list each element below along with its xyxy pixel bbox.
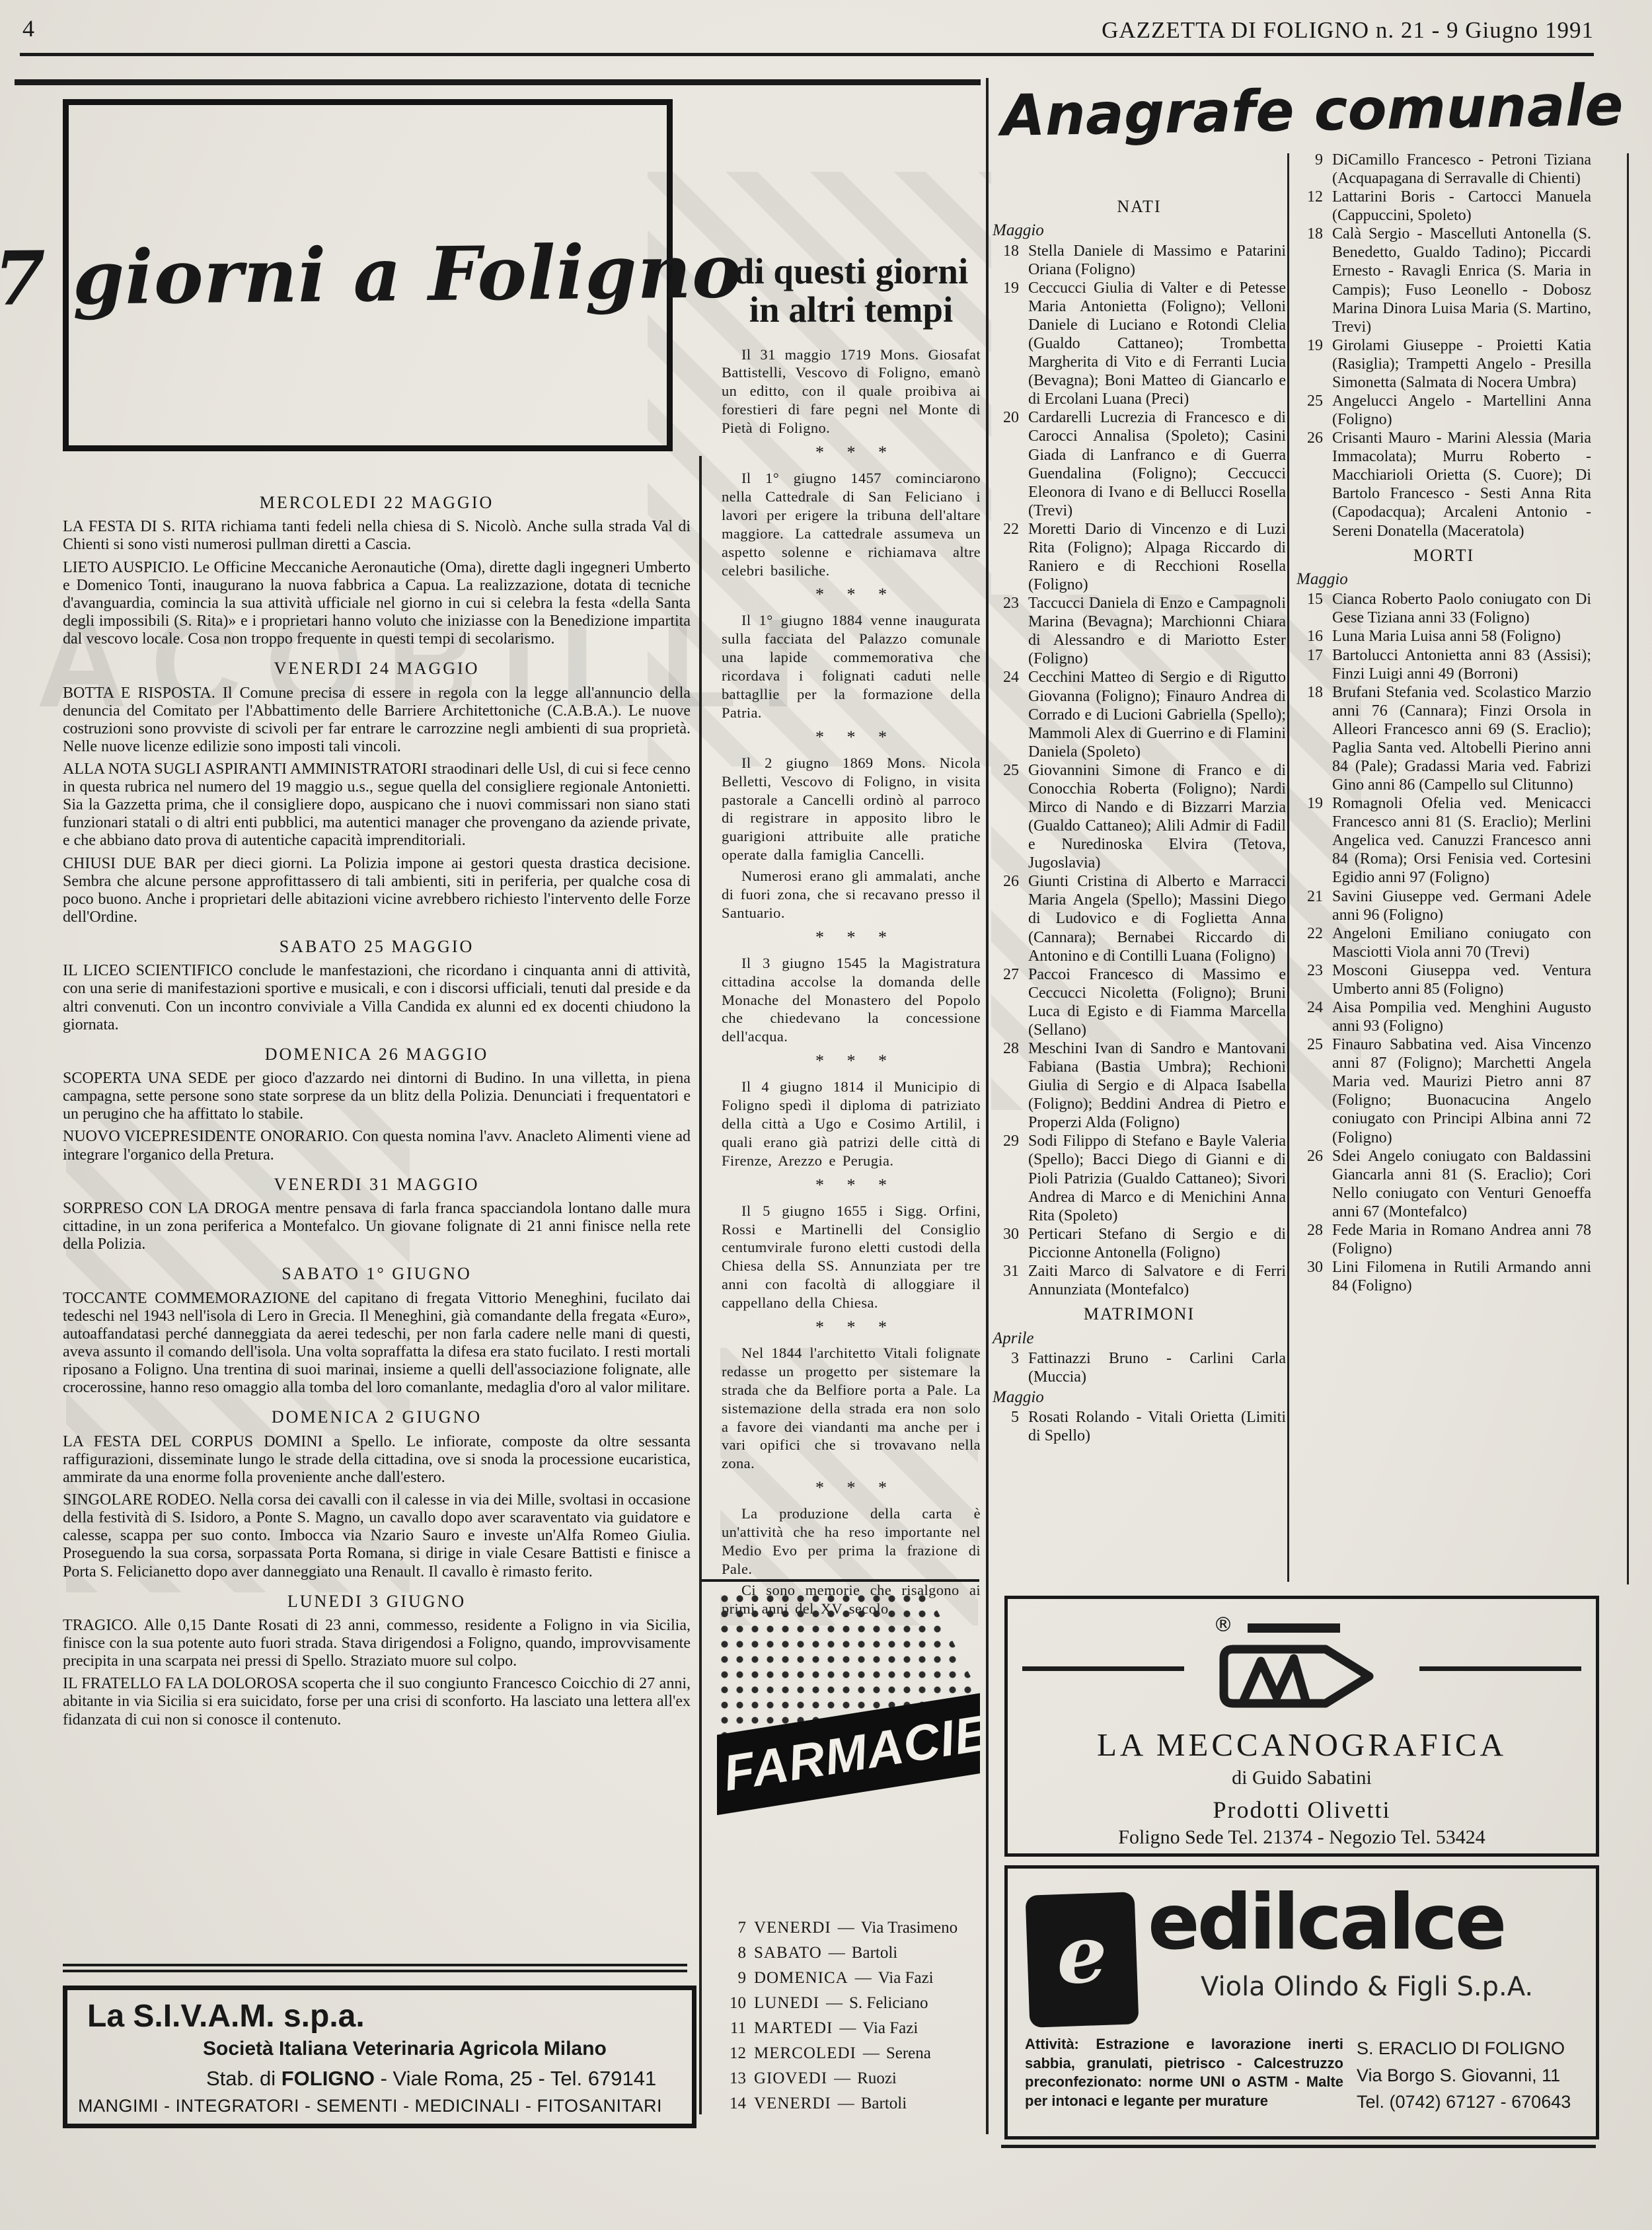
entry-text: Sodi Filippo di Stefano e Bayle Valeria … bbox=[1028, 1133, 1286, 1224]
edilcalce-address-line: S. ERACLIO DI FOLIGNO bbox=[1357, 2035, 1587, 2062]
entry-day: 20 bbox=[993, 408, 1019, 427]
anagrafe-title: Anagrafe comunale bbox=[1000, 73, 1596, 149]
morti-entry: 16Luna Maria Luisa anni 58 (Foligno) bbox=[1296, 627, 1591, 646]
entry-day: 18 bbox=[1296, 683, 1323, 702]
farmacie-logo: FARMACIE bbox=[717, 1591, 980, 1892]
altri-tempi-item: Nel 1844 l'architetto Vitali folignate r… bbox=[722, 1344, 981, 1473]
anagrafe-column-b: 9DiCamillo Francesco - Petroni Tiziana (… bbox=[1296, 151, 1591, 1295]
feature-title-box: 7 giorni a Foligno bbox=[63, 99, 673, 451]
entry-day: 26 bbox=[1296, 429, 1323, 447]
entry-day: 28 bbox=[1296, 1221, 1323, 1240]
nati-heading: NATI bbox=[993, 197, 1286, 217]
edilcalce-address-line: Via Borgo S. Giovanni, 11 bbox=[1357, 2062, 1587, 2089]
morti-entry: 28Fede Maria in Romano Andrea anni 78 (F… bbox=[1296, 1221, 1591, 1258]
asterisk-separator: * * * bbox=[722, 1318, 981, 1337]
feature-column: MERCOLEDI 22 MAGGIO LA FESTA DI S. RITA … bbox=[63, 490, 691, 1956]
meccanografica-phones: Foligno Sede Tel. 21374 - Negozio Tel. 5… bbox=[1008, 1826, 1596, 1849]
row-dash: — bbox=[839, 2019, 856, 2037]
entry-text: Brufani Stefania ved. Scolastico Marzio … bbox=[1332, 684, 1591, 794]
row-weekday: GIOVEDI bbox=[754, 2069, 827, 2087]
entry-text: Lini Filomena in Rutili Armando anni 84 … bbox=[1332, 1259, 1591, 1294]
farmacie-row: 10LUNEDI—S. Feliciano bbox=[717, 1991, 980, 2016]
paragraph: IL FRATELLO FA LA DOLOROSA scoperta che … bbox=[63, 1675, 691, 1728]
asterisk-separator: * * * bbox=[722, 928, 981, 948]
row-place: Via Trasimeno bbox=[861, 1919, 957, 1937]
row-weekday: VENERDI bbox=[754, 2095, 831, 2112]
double-rule bbox=[63, 1964, 687, 1972]
row-place: Via Fazi bbox=[878, 1969, 934, 1987]
entry-text: Fede Maria in Romano Andrea anni 78 (Fol… bbox=[1332, 1222, 1591, 1257]
entry-text: Finauro Sabbatina ved. Aisa Vincenzo ann… bbox=[1332, 1036, 1591, 1146]
morti-entry: 23Mosconi Giuseppa ved. Ventura Umberto … bbox=[1296, 961, 1591, 998]
nati-entry: 25Giovannini Simone di Franco e di Conoc… bbox=[993, 761, 1286, 872]
morti-heading: MORTI bbox=[1296, 546, 1591, 566]
nati-entry: 22Moretti Dario di Vincenzo e di Luzi Ri… bbox=[993, 520, 1286, 594]
morti-entry: 18Brufani Stefania ved. Scolastico Marzi… bbox=[1296, 683, 1591, 794]
morti-entry: 25Finauro Sabbatina ved. Aisa Vincenzo a… bbox=[1296, 1035, 1591, 1146]
edilcalce-logo-letter: e bbox=[1055, 1907, 1109, 2002]
matrimoni-entry: 18Calà Sergio - Mascelluti Antonella (S.… bbox=[1296, 225, 1591, 336]
nati-entry: 23Taccucci Daniela di Enzo e Campagnoli … bbox=[993, 594, 1286, 668]
right-edge-rule bbox=[1627, 153, 1629, 1584]
entry-day: 22 bbox=[993, 520, 1019, 539]
entry-day: 19 bbox=[993, 279, 1019, 297]
altri-tempi-title: di questi giorni in altri tempi bbox=[722, 252, 981, 330]
altri-tempi-item: Il 2 giugno 1869 Mons. Nicola Belletti, … bbox=[722, 754, 981, 864]
row-day: 7 bbox=[717, 1915, 746, 1941]
entry-day: 18 bbox=[993, 242, 1019, 260]
entry-day: 12 bbox=[1296, 188, 1323, 206]
entry-text: Meschini Ivan di Sandro e Mantovani Fabi… bbox=[1028, 1040, 1286, 1131]
entry-text: Angeloni Emiliano coniugato con Masciott… bbox=[1332, 925, 1591, 961]
entry-text: Crisanti Mauro - Marini Alessia (Maria I… bbox=[1332, 429, 1591, 539]
entry-text: Moretti Dario di Vincenzo e di Luzi Rita… bbox=[1028, 521, 1286, 593]
paragraph: CHIUSI DUE BAR per dieci giorni. La Poli… bbox=[63, 855, 691, 926]
row-day: 10 bbox=[717, 1991, 746, 2016]
entry-text: Giovannini Simone di Franco e di Conocch… bbox=[1028, 762, 1286, 872]
entry-text: Luna Maria Luisa anni 58 (Foligno) bbox=[1332, 628, 1561, 645]
altri-tempi-column: di questi giorni in altri tempi Il 31 ma… bbox=[722, 252, 981, 1621]
entry-day: 28 bbox=[993, 1039, 1019, 1058]
sivam-address: Stab. di FOLIGNO - Viale Roma, 25 - Tel.… bbox=[206, 2067, 656, 2091]
nati-entry: 20Cardarelli Lucrezia di Francesco e di … bbox=[993, 408, 1286, 519]
sivam-subtitle: Società Italiana Veterinaria Agricola Mi… bbox=[203, 2038, 607, 2060]
row-place: Bartoli bbox=[861, 2095, 907, 2112]
paragraph: IL LICEO SCIENTIFICO conclude le manfest… bbox=[63, 962, 691, 1033]
section-heading: DOMENICA 2 GIUGNO bbox=[63, 1407, 691, 1427]
edilcalce-logo-icon: e bbox=[1026, 1892, 1139, 2028]
section-heading: SABATO 1° GIUGNO bbox=[63, 1264, 691, 1283]
altri-tempi-item: Il 4 giugno 1814 il Municipio di Foligno… bbox=[722, 1078, 981, 1170]
row-dash: — bbox=[838, 1919, 854, 1937]
entry-text: Aisa Pompilia ved. Menghini Augusto anni… bbox=[1332, 999, 1591, 1035]
sivam-ad: La S.I.V.A.M. s.p.a. Società Italiana Ve… bbox=[63, 1986, 696, 2128]
month-label: Aprile bbox=[993, 1329, 1286, 1348]
farmacie-row: 8SABATO—Bartoli bbox=[717, 1941, 980, 1966]
sivam-address-post: - Viale Roma, 25 - Tel. 679141 bbox=[375, 2067, 656, 2090]
entry-text: Fattinazzi Bruno - Carlini Carla (Muccia… bbox=[1028, 1350, 1286, 1386]
section-heading: MERCOLEDI 22 MAGGIO bbox=[63, 493, 691, 512]
row-weekday: MERCOLEDI bbox=[754, 2044, 856, 2062]
title-line2: in altri tempi bbox=[749, 289, 954, 330]
nati-entry: 27Paccoi Francesco di Massimo e Ceccucci… bbox=[993, 965, 1286, 1039]
sivam-address-pre: Stab. di bbox=[206, 2067, 282, 2090]
matrimoni-heading: MATRIMONI bbox=[993, 1304, 1286, 1324]
farmacie-row: 9DOMENICA—Via Fazi bbox=[717, 1966, 980, 1991]
paragraph: SINGOLARE RODEO. Nella corsa dei cavalli… bbox=[63, 1491, 691, 1581]
edilcalce-name: edilcalce bbox=[1148, 1878, 1504, 1967]
morti-entry: 15Cianca Roberto Paolo coniugato con Di … bbox=[1296, 590, 1591, 627]
asterisk-separator: * * * bbox=[722, 1051, 981, 1071]
paragraph: LIETO AUSPICIO. Le Officine Meccaniche A… bbox=[63, 559, 691, 649]
row-day: 8 bbox=[717, 1941, 746, 1966]
entry-text: Ceccucci Giulia di Valter e di Petesse M… bbox=[1028, 279, 1286, 408]
nati-entry: 30Perticari Stefano di Sergio e di Picci… bbox=[993, 1225, 1286, 1262]
matrimoni-entry: 3Fattinazzi Bruno - Carlini Carla (Mucci… bbox=[993, 1349, 1286, 1386]
morti-entry: 17Bartolucci Antonietta anni 83 (Assisi)… bbox=[1296, 646, 1591, 683]
entry-day: 25 bbox=[1296, 1035, 1323, 1054]
farmacie-row: 11MARTEDI—Via Fazi bbox=[717, 2016, 980, 2041]
section-divider bbox=[986, 78, 989, 2134]
entry-text: Stella Daniele di Massimo e Patarini Ori… bbox=[1028, 242, 1286, 278]
edilcalce-company: Viola Olindo & Figli S.p.A. bbox=[1201, 1972, 1533, 2002]
nati-entry: 24Cecchini Matteo di Sergio e di Rigutto… bbox=[993, 668, 1286, 761]
entry-day: 24 bbox=[1296, 998, 1323, 1017]
entry-text: Savini Giuseppe ved. Germani Adele anni … bbox=[1332, 888, 1591, 924]
altri-tempi-item: Il 3 giugno 1545 la Magistratura cittadi… bbox=[722, 954, 981, 1046]
asterisk-separator: * * * bbox=[722, 1175, 981, 1195]
nati-entry: 29Sodi Filippo di Stefano e Bayle Valeri… bbox=[993, 1132, 1286, 1224]
morti-entry: 19Romagnoli Ofelia ved. Menicacci France… bbox=[1296, 794, 1591, 887]
month-label: Maggio bbox=[1296, 570, 1591, 589]
page-number: 4 bbox=[22, 15, 34, 42]
entry-text: Bartolucci Antonietta anni 83 (Assisi); … bbox=[1332, 647, 1591, 683]
logo-flank-rule bbox=[1022, 1666, 1184, 1671]
morti-entry: 26Sdei Angelo coniugato con Baldassini G… bbox=[1296, 1147, 1591, 1221]
column-divider-left bbox=[699, 456, 702, 2114]
altri-tempi-item: Il 1° giugno 1884 venne inaugurata sulla… bbox=[722, 611, 981, 722]
row-weekday: LUNEDI bbox=[754, 1994, 819, 2012]
row-place: Bartoli bbox=[852, 1944, 897, 1962]
altri-tempi-item: Il 31 maggio 1719 Mons. Giosafat Battist… bbox=[722, 346, 981, 437]
anagrafe-column-a: NATI Maggio 18Stella Daniele di Massimo … bbox=[993, 197, 1286, 1445]
row-day: 12 bbox=[717, 2041, 746, 2066]
entry-text: DiCamillo Francesco - Petroni Tiziana (A… bbox=[1332, 151, 1591, 187]
matrimoni-entry: 12Lattarini Boris - Cartocci Manuela (Ca… bbox=[1296, 188, 1591, 225]
row-place: Serena bbox=[886, 2044, 931, 2062]
section-heading: SABATO 25 MAGGIO bbox=[63, 937, 691, 956]
row-weekday: SABATO bbox=[754, 1944, 822, 1962]
meccanografica-name: LA MECCANOGRAFICA bbox=[1008, 1726, 1596, 1764]
matrimoni-entry: 9DiCamillo Francesco - Petroni Tiziana (… bbox=[1296, 151, 1591, 188]
entry-day: 3 bbox=[993, 1349, 1019, 1368]
meccanografica-owner: di Guido Sabatini bbox=[1008, 1767, 1596, 1789]
entry-text: Cecchini Matteo di Sergio e di Rigutto G… bbox=[1028, 669, 1286, 760]
entry-day: 23 bbox=[993, 594, 1019, 613]
section-heading: LUNEDI 3 GIUGNO bbox=[63, 1592, 691, 1611]
meccanografica-ad: ® LA MECCANOGRAFICA di Guido Sabatini Pr… bbox=[1004, 1596, 1599, 1857]
edilcalce-address: S. ERACLIO DI FOLIGNO Via Borgo S. Giova… bbox=[1357, 2035, 1587, 2116]
paragraph: ALLA NOTA SUGLI ASPIRANTI AMMINISTRATORI… bbox=[63, 761, 691, 850]
farmacie-row: 7VENERDI—Via Trasimeno bbox=[717, 1915, 980, 1941]
morti-entry: 24Aisa Pompilia ved. Menghini Augusto an… bbox=[1296, 998, 1591, 1035]
row-weekday: MARTEDI bbox=[754, 2019, 833, 2037]
entry-text: Zaiti Marco di Salvatore e di Ferri Annu… bbox=[1028, 1263, 1286, 1298]
bottom-rule bbox=[1001, 2145, 1596, 2148]
asterisk-separator: * * * bbox=[722, 1478, 981, 1498]
section-heading: VENERDI 31 MAGGIO bbox=[63, 1175, 691, 1194]
nati-entry: 18Stella Daniele di Massimo e Patarini O… bbox=[993, 242, 1286, 279]
paragraph: NUOVO VICEPRESIDENTE ONORARIO. Con quest… bbox=[63, 1128, 691, 1164]
asterisk-separator: * * * bbox=[722, 443, 981, 463]
row-day: 11 bbox=[717, 2016, 746, 2041]
paragraph: BOTTA E RISPOSTA. Il Comune precisa di e… bbox=[63, 685, 691, 756]
row-dash: — bbox=[838, 2095, 854, 2112]
entry-day: 27 bbox=[993, 965, 1019, 984]
section-heading: DOMENICA 26 MAGGIO bbox=[63, 1045, 691, 1064]
row-day: 14 bbox=[717, 2091, 746, 2116]
farmacie-row: 14VENERDI—Bartoli bbox=[717, 2091, 980, 2116]
entry-text: Lattarini Boris - Cartocci Manuela (Capp… bbox=[1332, 188, 1591, 224]
row-day: 13 bbox=[717, 2066, 746, 2091]
edilcalce-ad: e edilcalce Viola Olindo & Figli S.p.A. … bbox=[1004, 1865, 1599, 2139]
asterisk-separator: * * * bbox=[722, 585, 981, 605]
altri-tempi-item: Il 5 giugno 1655 i Sigg. Orfini, Rossi e… bbox=[722, 1202, 981, 1312]
row-dash: — bbox=[834, 2069, 850, 2087]
entry-text: Calà Sergio - Mascelluti Antonella (S. B… bbox=[1332, 225, 1591, 335]
row-place: S. Feliciano bbox=[849, 1994, 928, 2012]
masthead: GAZZETTA DI FOLIGNO n. 21 - 9 Giugno 199… bbox=[1102, 17, 1594, 44]
entry-text: Rosati Rolando - Vitali Orietta (Limiti … bbox=[1028, 1409, 1286, 1444]
altri-tempi-item: Numerosi erano gli ammalati, anche di fu… bbox=[722, 867, 981, 922]
entry-text: Taccucci Daniela di Enzo e Campagnoli Ma… bbox=[1028, 595, 1286, 667]
matrimoni-entry: 19Girolami Giuseppe - Proietti Katia (Ra… bbox=[1296, 336, 1591, 392]
nati-entry: 19Ceccucci Giulia di Valter e di Petesse… bbox=[993, 279, 1286, 409]
row-dash: — bbox=[829, 1944, 845, 1962]
sivam-address-city: FOLIGNO bbox=[282, 2067, 375, 2090]
asterisk-separator: * * * bbox=[722, 727, 981, 747]
farmacie-row: 12MERCOLEDI—Serena bbox=[717, 2041, 980, 2066]
registered-mark-icon: ® bbox=[1213, 1614, 1233, 1637]
row-place: Via Fazi bbox=[862, 2019, 918, 2037]
entry-day: 9 bbox=[1296, 151, 1323, 169]
row-dash: — bbox=[863, 2044, 880, 2062]
nati-entry: 31Zaiti Marco di Salvatore e di Ferri An… bbox=[993, 1262, 1286, 1299]
row-place: Ruozi bbox=[857, 2069, 897, 2087]
morti-entry: 22Angeloni Emiliano coniugato con Mascio… bbox=[1296, 924, 1591, 961]
paragraph: TOCCANTE COMMEMORAZIONE del capitano di … bbox=[63, 1290, 691, 1397]
nati-entry: 26Giunti Cristina di Alberto e Marracci … bbox=[993, 872, 1286, 965]
paragraph: SORPRESO CON LA DROGA mentre pensava di … bbox=[63, 1200, 691, 1253]
entry-text: Cardarelli Lucrezia di Francesco e di Ca… bbox=[1028, 409, 1286, 519]
logo-flank-rule bbox=[1419, 1666, 1581, 1671]
entry-text: Perticari Stefano di Sergio e di Piccion… bbox=[1028, 1226, 1286, 1261]
entry-text: Cianca Roberto Paolo coniugato con Di Ge… bbox=[1332, 591, 1591, 626]
entry-day: 24 bbox=[993, 668, 1019, 687]
matrimoni-entry: 26Crisanti Mauro - Marini Alessia (Maria… bbox=[1296, 429, 1591, 540]
entry-day: 26 bbox=[993, 872, 1019, 891]
feature-title: 7 giorni a Foligno bbox=[0, 228, 742, 322]
morti-entry: 21Savini Giuseppe ved. Germani Adele ann… bbox=[1296, 887, 1591, 924]
farmacie-list: 7VENERDI—Via Trasimeno 8SABATO—Bartoli 9… bbox=[717, 1915, 980, 2116]
paragraph: LA FESTA DEL CORPUS DOMINI a Spello. Le … bbox=[63, 1433, 691, 1487]
meccanografica-logo: ® bbox=[1196, 1617, 1408, 1720]
entry-day: 23 bbox=[1296, 961, 1323, 980]
sivam-products: MANGIMI - INTEGRATORI - SEMENTI - MEDICI… bbox=[78, 2096, 662, 2116]
entry-text: Romagnoli Ofelia ved. Menicacci Francesc… bbox=[1332, 795, 1591, 886]
entry-day: 29 bbox=[993, 1132, 1019, 1150]
morti-entry: 30Lini Filomena in Rutili Armando anni 8… bbox=[1296, 1258, 1591, 1295]
entry-text: Angelucci Angelo - Martellini Anna (Foli… bbox=[1332, 392, 1591, 428]
entry-day: 15 bbox=[1296, 590, 1323, 609]
entry-day: 21 bbox=[1296, 887, 1323, 906]
entry-text: Giunti Cristina di Alberto e Marracci Ma… bbox=[1028, 873, 1286, 964]
row-dash: — bbox=[855, 1969, 872, 1987]
entry-text: Mosconi Giuseppa ved. Ventura Umberto an… bbox=[1332, 962, 1591, 998]
entry-day: 26 bbox=[1296, 1147, 1323, 1166]
row-weekday: DOMENICA bbox=[754, 1969, 848, 1987]
row-weekday: VENERDI bbox=[754, 1919, 831, 1937]
section-heading: VENERDI 24 MAGGIO bbox=[63, 659, 691, 678]
entry-day: 19 bbox=[1296, 794, 1323, 813]
entry-day: 19 bbox=[1296, 336, 1323, 355]
entry-text: Girolami Giuseppe - Proietti Katia (Rasi… bbox=[1332, 337, 1591, 391]
entry-day: 5 bbox=[993, 1408, 1019, 1427]
edilcalce-address-line: Tel. (0742) 67127 - 670643 bbox=[1357, 2089, 1587, 2116]
title-line1: di questi giorni bbox=[734, 251, 969, 291]
entry-text: Paccoi Francesco di Massimo e Ceccucci N… bbox=[1028, 966, 1286, 1039]
entry-day: 30 bbox=[993, 1225, 1019, 1244]
sivam-name: La S.I.V.A.M. s.p.a. bbox=[87, 1998, 365, 2034]
header-rule bbox=[20, 53, 1594, 56]
entry-day: 25 bbox=[993, 761, 1019, 780]
nati-entry: 28Meschini Ivan di Sandro e Mantovani Fa… bbox=[993, 1039, 1286, 1132]
entry-day: 30 bbox=[1296, 1258, 1323, 1277]
section-top-rule bbox=[15, 79, 981, 85]
altri-tempi-item: La produzione della carta è un'attività … bbox=[722, 1505, 981, 1579]
month-label: Maggio bbox=[993, 221, 1286, 240]
paragraph: SCOPERTA UNA SEDE per gioco d'azzardo ne… bbox=[63, 1070, 691, 1123]
matrimoni-entry: 5Rosati Rolando - Vitali Orietta (Limiti… bbox=[993, 1408, 1286, 1445]
column-divider-anagrafe bbox=[1287, 153, 1289, 1582]
entry-day: 22 bbox=[1296, 924, 1323, 943]
meccanografica-products: Prodotti Olivetti bbox=[1008, 1796, 1596, 1824]
matrimoni-entry: 25Angelucci Angelo - Martellini Anna (Fo… bbox=[1296, 392, 1591, 429]
altri-tempi-item: Il 1° giugno 1457 cominciarono nella Cat… bbox=[722, 469, 981, 579]
paragraph: LA FESTA DI S. RITA richiama tanti fedel… bbox=[63, 518, 691, 554]
paragraph: TRAGICO. Alle 0,15 Dante Rosati di 23 an… bbox=[63, 1617, 691, 1670]
edilcalce-activity: Attività: Estrazione e lavorazione inert… bbox=[1025, 2035, 1343, 2110]
row-day: 9 bbox=[717, 1966, 746, 1991]
entry-day: 31 bbox=[993, 1262, 1019, 1281]
entry-day: 25 bbox=[1296, 392, 1323, 410]
newspaper-page: ACOBILLI 4 GAZZETTA DI FOLIGNO n. 21 - 9… bbox=[0, 0, 1652, 2230]
entry-text: Sdei Angelo coniugato con Baldassini Gia… bbox=[1332, 1148, 1591, 1220]
month-label: Maggio bbox=[993, 1388, 1286, 1407]
entry-day: 16 bbox=[1296, 627, 1323, 646]
entry-day: 18 bbox=[1296, 225, 1323, 243]
row-dash: — bbox=[826, 1994, 843, 2012]
meccanografica-logo-row: ® bbox=[1022, 1617, 1581, 1720]
farmacie-block: FARMACIE 7VENERDI—Via Trasimeno 8SABATO—… bbox=[717, 1591, 980, 2116]
entry-day: 17 bbox=[1296, 646, 1323, 665]
farmacie-row: 13GIOVEDI—Ruozi bbox=[717, 2066, 980, 2091]
